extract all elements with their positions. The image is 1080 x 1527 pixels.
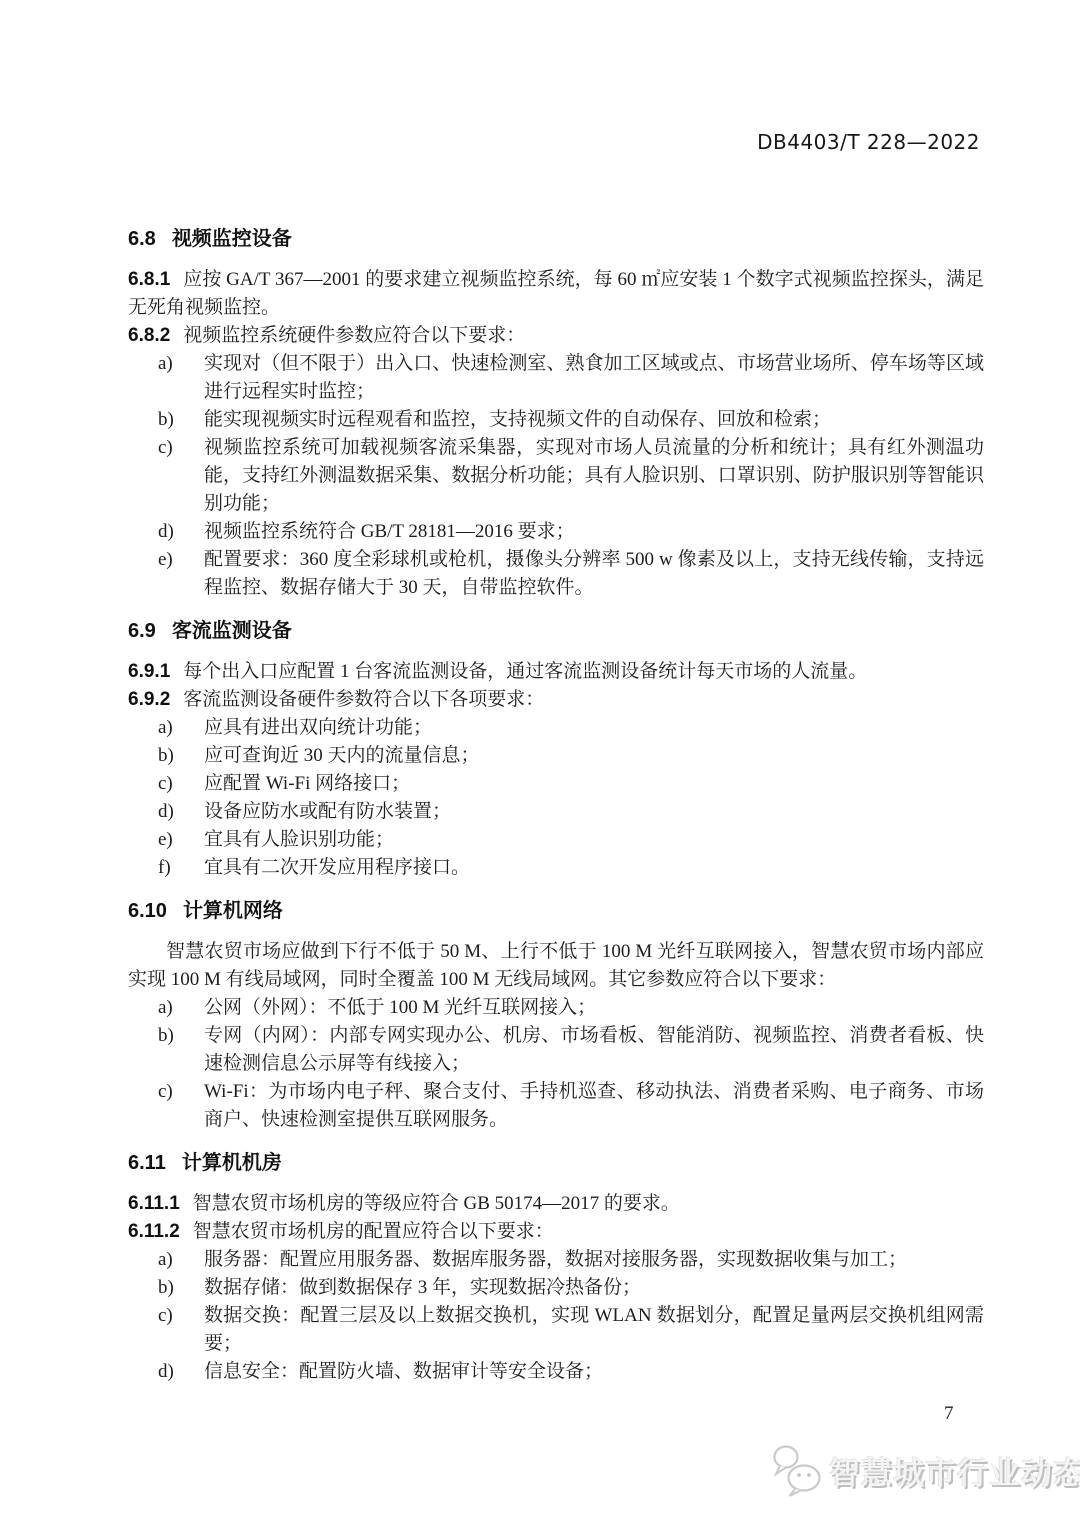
list-item-text: 应配置 Wi-Fi 网络接口； bbox=[204, 770, 984, 798]
section-number: 6.11 bbox=[128, 1152, 166, 1174]
list-item-label: c) bbox=[158, 1302, 204, 1358]
list-item-label: b) bbox=[158, 1022, 204, 1078]
section-title: 计算机机房 bbox=[182, 1152, 282, 1174]
list-item-text: 公网（外网）：不低于 100 M 光纤互联网接入； bbox=[204, 994, 984, 1022]
list-item: c)Wi-Fi：为市场内电子秤、聚合支付、手持机巡查、移动执法、消费者采购、电子… bbox=[158, 1078, 984, 1134]
watermark: 智慧城市行业动态 bbox=[772, 1443, 1080, 1497]
list-item-text: 配置要求：360 度全彩球机或枪机，摄像头分辨率 500 w 像素及以上，支持无… bbox=[204, 546, 984, 602]
list-item-text: 服务器：配置应用服务器、数据库服务器，数据对接服务器，实现数据收集与加工； bbox=[204, 1246, 984, 1274]
list-item-label: b) bbox=[158, 1274, 204, 1302]
section-number: 6.10 bbox=[128, 900, 167, 922]
clause: 6.8.1应按 GA/T 367—2001 的要求建立视频监控系统，每 60 ㎡… bbox=[128, 266, 984, 322]
list-item-label: a) bbox=[158, 994, 204, 1022]
list-item-label: d) bbox=[158, 798, 204, 826]
list-item-label: b) bbox=[158, 406, 204, 434]
clause-list: a)实现对（但不限于）出入口、快速检测室、熟食加工区域或点、市场营业场所、停车场… bbox=[128, 350, 984, 602]
clause: 6.11.2智慧农贸市场机房的配置应符合以下要求： bbox=[128, 1218, 984, 1246]
list-item-text: 数据存储：做到数据保存 3 年，实现数据冷热备份； bbox=[204, 1274, 984, 1302]
list-item-label: d) bbox=[158, 1358, 204, 1386]
section-heading: 6.9客流监测设备 bbox=[128, 616, 984, 646]
list-item: b)数据存储：做到数据保存 3 年，实现数据冷热备份； bbox=[158, 1274, 984, 1302]
standard-code: DB4403/T 228—2022 bbox=[757, 130, 980, 154]
list-item-text: 专网（内网）：内部专网实现办公、机房、市场看板、智能消防、视频监控、消费者看板、… bbox=[204, 1022, 984, 1078]
list-item-label: e) bbox=[158, 546, 204, 602]
list-item-label: f) bbox=[158, 854, 204, 882]
wechat-bubbles-icon bbox=[772, 1443, 822, 1497]
list-item-text: 信息安全：配置防火墙、数据审计等安全设备； bbox=[204, 1358, 984, 1386]
clause-text: 智慧农贸市场机房的等级应符合 GB 50174—2017 的要求。 bbox=[193, 1193, 680, 1214]
paragraph: 智慧农贸市场应做到下行不低于 50 M、上行不低于 100 M 光纤互联网接入，… bbox=[128, 938, 984, 994]
clause-number: 6.8.2 bbox=[128, 325, 170, 346]
clause-text: 客流监测设备硬件参数符合以下各项要求： bbox=[183, 689, 544, 710]
list-item: d)视频监控系统符合 GB/T 28181—2016 要求； bbox=[158, 518, 984, 546]
section-6.9: 6.9客流监测设备6.9.1每个出入口应配置 1 台客流监测设备，通过客流监测设… bbox=[128, 616, 984, 882]
list-item-label: c) bbox=[158, 434, 204, 518]
list-item-label: a) bbox=[158, 350, 204, 406]
page-number: 7 bbox=[944, 1403, 954, 1425]
list-item-text: Wi-Fi：为市场内电子秤、聚合支付、手持机巡查、移动执法、消费者采购、电子商务… bbox=[204, 1078, 984, 1134]
list-item: b)专网（内网）：内部专网实现办公、机房、市场看板、智能消防、视频监控、消费者看… bbox=[158, 1022, 984, 1078]
clause: 6.9.1每个出入口应配置 1 台客流监测设备，通过客流监测设备统计每天市场的人… bbox=[128, 658, 984, 686]
list-item-label: a) bbox=[158, 1246, 204, 1274]
list-item-label: b) bbox=[158, 742, 204, 770]
section-heading: 6.10计算机网络 bbox=[128, 896, 984, 926]
section-heading: 6.11计算机机房 bbox=[128, 1148, 984, 1178]
section-6.10: 6.10计算机网络智慧农贸市场应做到下行不低于 50 M、上行不低于 100 M… bbox=[128, 896, 984, 1134]
clause-number: 6.9.2 bbox=[128, 689, 170, 710]
list-item-label: e) bbox=[158, 826, 204, 854]
document-body: 6.8视频监控设备6.8.1应按 GA/T 367—2001 的要求建立视频监控… bbox=[128, 224, 984, 1386]
list-item-text: 实现对（但不限于）出入口、快速检测室、熟食加工区域或点、市场营业场所、停车场等区… bbox=[204, 350, 984, 406]
section-6.11: 6.11计算机机房6.11.1智慧农贸市场机房的等级应符合 GB 50174—2… bbox=[128, 1148, 984, 1386]
list-item: e)宜具有人脸识别功能； bbox=[158, 826, 984, 854]
list-item: f)宜具有二次开发应用程序接口。 bbox=[158, 854, 984, 882]
clause-text: 智慧农贸市场机房的配置应符合以下要求： bbox=[193, 1221, 554, 1242]
clause: 6.9.2客流监测设备硬件参数符合以下各项要求： bbox=[128, 686, 984, 714]
clause-list: a)服务器：配置应用服务器、数据库服务器，数据对接服务器，实现数据收集与加工；b… bbox=[128, 1246, 984, 1386]
section-heading: 6.8视频监控设备 bbox=[128, 224, 984, 254]
list-item-text: 数据交换：配置三层及以上数据交换机，实现 WLAN 数据划分，配置足量两层交换机… bbox=[204, 1302, 984, 1358]
list-item: a)服务器：配置应用服务器、数据库服务器，数据对接服务器，实现数据收集与加工； bbox=[158, 1246, 984, 1274]
standard-document-page: DB4403/T 228—2022 6.8视频监控设备6.8.1应按 GA/T … bbox=[0, 0, 1080, 1527]
list-item: e)配置要求：360 度全彩球机或枪机，摄像头分辨率 500 w 像素及以上，支… bbox=[158, 546, 984, 602]
list-item-text: 宜具有二次开发应用程序接口。 bbox=[204, 854, 984, 882]
list-item: c)数据交换：配置三层及以上数据交换机，实现 WLAN 数据划分，配置足量两层交… bbox=[158, 1302, 984, 1358]
section-title: 客流监测设备 bbox=[172, 620, 292, 642]
list-item: d)设备应防水或配有防水装置； bbox=[158, 798, 984, 826]
list-item-text: 设备应防水或配有防水装置； bbox=[204, 798, 984, 826]
section-title: 计算机网络 bbox=[183, 900, 283, 922]
list-item-text: 宜具有人脸识别功能； bbox=[204, 826, 984, 854]
list-item-label: d) bbox=[158, 518, 204, 546]
clause-text: 每个出入口应配置 1 台客流监测设备，通过客流监测设备统计每天市场的人流量。 bbox=[183, 661, 867, 682]
list-item-text: 应可查询近 30 天内的流量信息； bbox=[204, 742, 984, 770]
list-item-label: c) bbox=[158, 770, 204, 798]
clause-number: 6.9.1 bbox=[128, 661, 170, 682]
list-item: a)实现对（但不限于）出入口、快速检测室、熟食加工区域或点、市场营业场所、停车场… bbox=[158, 350, 984, 406]
list-item-text: 应具有进出双向统计功能； bbox=[204, 714, 984, 742]
clause-text: 应按 GA/T 367—2001 的要求建立视频监控系统，每 60 ㎡应安装 1… bbox=[128, 269, 984, 318]
watermark-text: 智慧城市行业动态 bbox=[829, 1448, 1080, 1493]
clause-list: a)公网（外网）：不低于 100 M 光纤互联网接入；b)专网（内网）：内部专网… bbox=[128, 994, 984, 1134]
clause-number: 6.11.1 bbox=[128, 1193, 180, 1214]
list-item: a)公网（外网）：不低于 100 M 光纤互联网接入； bbox=[158, 994, 984, 1022]
section-number: 6.8 bbox=[128, 228, 156, 250]
list-item: b)应可查询近 30 天内的流量信息； bbox=[158, 742, 984, 770]
section-number: 6.9 bbox=[128, 620, 156, 642]
list-item-text: 能实现视频实时远程观看和监控，支持视频文件的自动保存、回放和检索； bbox=[204, 406, 984, 434]
clause-list: a)应具有进出双向统计功能；b)应可查询近 30 天内的流量信息；c)应配置 W… bbox=[128, 714, 984, 882]
clause-number: 6.11.2 bbox=[128, 1221, 180, 1242]
list-item-text: 视频监控系统可加载视频客流采集器，实现对市场人员流量的分析和统计；具有红外测温功… bbox=[204, 434, 984, 518]
clause: 6.11.1智慧农贸市场机房的等级应符合 GB 50174—2017 的要求。 bbox=[128, 1190, 984, 1218]
list-item-text: 视频监控系统符合 GB/T 28181—2016 要求； bbox=[204, 518, 984, 546]
section-title: 视频监控设备 bbox=[172, 228, 292, 250]
clause-number: 6.8.1 bbox=[128, 269, 170, 290]
clause: 6.8.2视频监控系统硬件参数应符合以下要求： bbox=[128, 322, 984, 350]
list-item-label: a) bbox=[158, 714, 204, 742]
section-6.8: 6.8视频监控设备6.8.1应按 GA/T 367—2001 的要求建立视频监控… bbox=[128, 224, 984, 602]
list-item-label: c) bbox=[158, 1078, 204, 1134]
clause-text: 视频监控系统硬件参数应符合以下要求： bbox=[183, 325, 525, 346]
list-item: b)能实现视频实时远程观看和监控，支持视频文件的自动保存、回放和检索； bbox=[158, 406, 984, 434]
list-item: c)视频监控系统可加载视频客流采集器，实现对市场人员流量的分析和统计；具有红外测… bbox=[158, 434, 984, 518]
list-item: c)应配置 Wi-Fi 网络接口； bbox=[158, 770, 984, 798]
list-item: d)信息安全：配置防火墙、数据审计等安全设备； bbox=[158, 1358, 984, 1386]
list-item: a)应具有进出双向统计功能； bbox=[158, 714, 984, 742]
